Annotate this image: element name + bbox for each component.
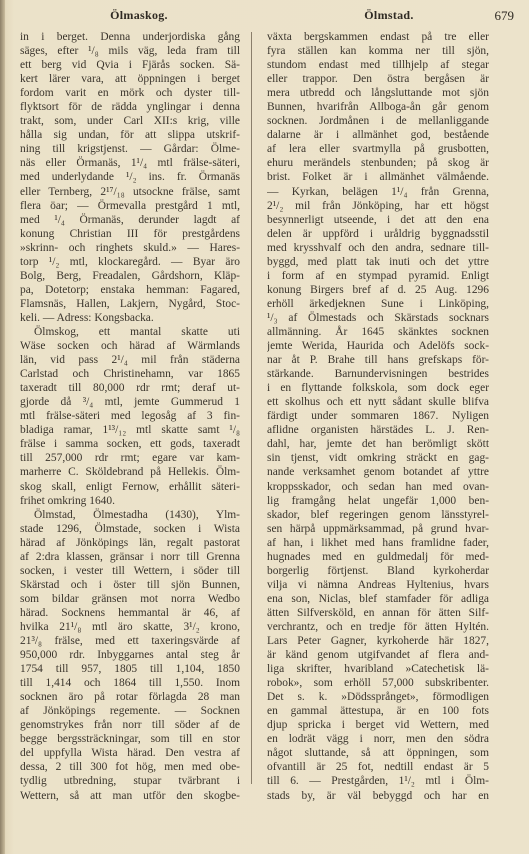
text-line: erhöll ärkedjeknen Sune i Linköping,	[267, 297, 489, 311]
text-line: »skrinn- och ringhets skuld.» — Hares-	[20, 241, 240, 255]
text-line: i en flyttande folkskola, som dock eger	[267, 381, 489, 395]
text-line: frihet omkring 1640.	[20, 494, 240, 508]
text-line: torp ¹/₂ mtl, klockaregård. — Byar äro	[20, 255, 240, 269]
text-line: härad af Jönköpings län, regalt pastorat	[20, 536, 240, 550]
text-line: säges, efter ¹/₈ mils väg, leda fram til…	[20, 44, 240, 58]
text-line: något sluttande, så att öppningen, som	[267, 746, 489, 760]
text-line: 2¹/₂ mil från Jönköping, har ett högst	[267, 199, 489, 213]
text-line: besynnerligt utseende, i det att den ena	[267, 213, 489, 227]
running-header-right: Ölmstad. 679	[264, 8, 514, 23]
text-line: ena son, Niclas, blef stamfader för adli…	[267, 592, 489, 606]
text-line: lig framgång helat ungefär 1,000 ben-	[267, 494, 489, 508]
text-line: nande verksamhet genom botandet af yttre	[267, 465, 489, 479]
page-number: 679	[495, 8, 515, 24]
text-line: konung Christian III för prestgårdens	[20, 227, 240, 241]
text-line: med ¹/₄ Örmanäs, derunder lagdt af	[20, 213, 240, 227]
left-text-column: in i berget. Denna underjordiska gångsäg…	[20, 30, 240, 803]
text-line: socknen. Jordmånen i de mellanliggande	[267, 114, 489, 128]
text-line: hålla sig undan, för att slippa utskrif-	[20, 128, 240, 142]
text-line: af lera eller svartmylla på grusbotten,	[267, 142, 489, 156]
text-line: skador, blef regeringen genom länsstyrel…	[267, 508, 489, 522]
text-line: fordom varit en mörk och dyster till-	[20, 86, 240, 100]
text-line: Bunnen, hvarifrån Allboga-ån går genom	[267, 100, 489, 114]
text-line: hvilka 21¹/₈ mtl äro skatte, 3¹/₂ krono,	[20, 620, 240, 634]
text-line: allmänning. År 1645 skänktes socknen	[267, 325, 489, 339]
text-line: ehuru merändels stenbunden; på skog är	[267, 156, 489, 170]
text-line: bladiga ramar, 1¹³/₁₂ mtl skatte samt ¹/…	[20, 423, 240, 437]
text-line: ¹/₃ af Ölmestads och Skärstads socknars	[267, 311, 489, 325]
text-line: taxeradt till 80,000 rdr rmt; deraf ut-	[20, 381, 240, 395]
text-line: delen är uppförd i uråldrig byggnadsstil	[267, 227, 489, 241]
text-line: stade 1296, Ölmstade, socken i Wista	[20, 522, 240, 536]
text-line: ätten Silfversköld, en annan för ätten S…	[267, 606, 489, 620]
text-line: Carlstad och Christinehamn, var 1865	[20, 367, 240, 381]
text-line: 21³/₈ frälse, med ett taxeringsvärde af	[20, 634, 240, 648]
text-line: Flamsnäs, Hallen, Lakjern, Nygård, Stoc-	[20, 297, 240, 311]
text-line: kert lärer vara, att öppningen i berget	[20, 72, 240, 86]
text-line: som bildar gränsen mot norra Wedbo	[20, 592, 240, 606]
text-line: hugnades med en guldmedalj för med-	[267, 550, 489, 564]
text-line: nar åt P. Brahe till hans grefskaps för-	[267, 353, 489, 367]
text-line: Skärstad och i öster till sjön Bunnen,	[20, 578, 240, 592]
text-line: byggd, med platt tak inuti och det yttre	[267, 255, 489, 269]
text-line: del uppfylla Wista härad. Den vestra af	[20, 746, 240, 760]
text-line: Det s. k. »Dödssprånget», förmodligen	[267, 690, 489, 704]
text-line: keli. — Adress: Kongsbacka.	[20, 311, 240, 325]
text-line: dessa, 2 till 300 fot hög, men med obe-	[20, 760, 240, 774]
binding-shadow	[0, 0, 5, 854]
text-line: gjorde då ³/₄ mtl, jemte Gummerud 1	[20, 395, 240, 409]
right-text-column: växta bergskammen endast på tre ellerfyr…	[267, 30, 489, 803]
text-line: trakt, som, under Carl XII:s krig, ville	[20, 114, 240, 128]
text-line: Lars Peter Gagner, kyrkoherde här 1827,	[267, 634, 489, 648]
text-line: flera öar; — Örmevalla prestgård 1 mtl,	[20, 199, 240, 213]
text-line: 950,000 rdr. Inbyggarnes antal steg år	[20, 648, 240, 662]
text-line: till 6. — Prestgården, 1¹/₂ mtl i Ölm-	[267, 774, 489, 788]
text-line: stärkande. Barnundervisningen bestrides	[267, 367, 489, 381]
text-line: stads by, är väl bebyggd och har en	[267, 789, 489, 803]
text-line: aflidne organisten härstädes L. J. Ren-	[267, 423, 489, 437]
text-line: marherre C. Sköldebrand på Hellekis. Ölm…	[20, 465, 240, 479]
text-line: af han, i likhet med hans framlidne fade…	[267, 536, 489, 550]
text-line: fyra ställen kan komma ner till sjön,	[267, 44, 489, 58]
text-line: frälse i samma socken, ett gods, taxerad…	[20, 437, 240, 451]
text-line: mtl frälse-säteri med legosåg af 3 fin-	[20, 409, 240, 423]
text-line: djup spricka i berget vid Wettern, med	[267, 718, 489, 732]
text-line: växta bergskammen endast på tre eller	[267, 30, 489, 44]
text-line: — Kyrkan, belägen 1¹/₄ från Grenna,	[267, 185, 489, 199]
text-line: län, vid pass 2¹/₄ mil från städerna	[20, 353, 240, 367]
text-line: skog skall, enligt Fernow, erhållit säte…	[20, 480, 240, 494]
text-line: socknen äro på rotar förlagda 28 man	[20, 690, 240, 704]
text-line: ofvantill är 25 fot, nedtill endast är 5	[267, 760, 489, 774]
text-line: ning till krigstjenst. — Gårdar: Ölme-	[20, 142, 240, 156]
text-line: jemte Werida, Haurida och Adelöfs sock-	[267, 339, 489, 353]
text-line: Wäse socken och härad af Wärmlands	[20, 339, 240, 353]
text-line: eller Ternberg, 2¹⁷/₁₈ utsockne frälse, …	[20, 185, 240, 199]
text-line: brist. Folket är i allmänhet välmående.	[267, 170, 489, 184]
text-line: socken, i vester till Wettern, i söder t…	[20, 564, 240, 578]
running-header-left: Ölmaskog.	[20, 8, 258, 23]
text-line: i form af en stympad pyramid. Enligt	[267, 269, 489, 283]
text-line: begge bergssträckningar, som till en sto…	[20, 732, 240, 746]
text-line: till 257,000 rdr rmt; egare var kam-	[20, 451, 240, 465]
text-line: flyktsort för de rädda ynglingar i denna	[20, 100, 240, 114]
text-line: Ölmskog, ett mantal skatte uti	[20, 325, 240, 339]
text-line: sen härpå uppmärksammad, på grund hvar-	[267, 522, 489, 536]
text-line: af 2:dra klassen, gränsar i norr till Gr…	[20, 550, 240, 564]
text-line: en gammal ättestupa, är en 100 fots	[267, 704, 489, 718]
text-line: härad. Socknens hemmantal är 46, af	[20, 606, 240, 620]
text-line: är känd genom utgifvandet af flera and-	[267, 648, 489, 662]
text-line: robok», som erhöll 57,000 subskribenter.	[267, 676, 489, 690]
text-line: färdigt under sommaren 1867. Nyligen	[267, 409, 489, 423]
text-line: in i berget. Denna underjordiska gång	[20, 30, 240, 44]
text-line: kroppsskador, och sedan han med ovan-	[267, 480, 489, 494]
text-line: med krysshvalf och den andra, sednare ti…	[267, 241, 489, 255]
text-line: Ölmstad, Ölmestadha (1430), Ylm-	[20, 508, 240, 522]
text-line: näs eller Örmanäs, 1¹/₄ mtl frälse-säter…	[20, 156, 240, 170]
text-line: till 1,414 och 1864 till 1,550. Inom	[20, 676, 240, 690]
text-line: dalarne är i allmänhet god, bestående	[267, 128, 489, 142]
text-line: eller trappor. Den östra bergåsen är	[267, 72, 489, 86]
text-line: sin tjenst, vidt omkring sträckt en gag-	[267, 451, 489, 465]
text-line: en lodrät vägg i norr, men den södra	[267, 732, 489, 746]
text-line: Wettern, så att man utför den skogbe-	[20, 789, 240, 803]
text-line: tydlig utbredning, stupar tvärbrant i	[20, 774, 240, 788]
text-line: konung Birgers bref af d. 25 Aug. 1296	[267, 283, 489, 297]
text-line: genomstrykes från norr till söder af de	[20, 718, 240, 732]
book-page: Ölmaskog. Ölmstad. 679 in i berget. Denn…	[0, 0, 529, 854]
text-line: mera utbredd och långsluttande mot sjön	[267, 86, 489, 100]
text-line: dahl, har, jemte det han berömligt skött	[267, 437, 489, 451]
text-line: af Jönköpings regemente. — Socknen	[20, 704, 240, 718]
text-line: 1754 till 957, 1805 till 1,104, 1850	[20, 662, 240, 676]
text-line: vilja vi nämna Andreas Hyltenius, hvars	[267, 578, 489, 592]
column-divider	[251, 32, 252, 784]
text-line: stundom endast med tillhjelp af stegar	[267, 58, 489, 72]
text-line: liga skrifter, hvaribland »Catechetisk l…	[267, 662, 489, 676]
text-line: pa, Dotetorp; enstaka hemman: Fagared,	[20, 283, 240, 297]
text-line: ett berg vid Qvia i Fjärås socken. Sä-	[20, 58, 240, 72]
text-line: borgerlig förtjenst. Bland kyrkoherdar	[267, 564, 489, 578]
text-line: ett skolhus och ett nytt sådant skulle b…	[267, 395, 489, 409]
running-header-title: Ölmstad.	[364, 8, 413, 22]
text-line: med underlydande ¹/₂ ins. fr. Örmanäs	[20, 170, 240, 184]
text-line: Bolg, Berg, Freadalen, Gårdshorn, Kläp-	[20, 269, 240, 283]
text-line: verchrantz, och en tredje för ätten Hylt…	[267, 620, 489, 634]
